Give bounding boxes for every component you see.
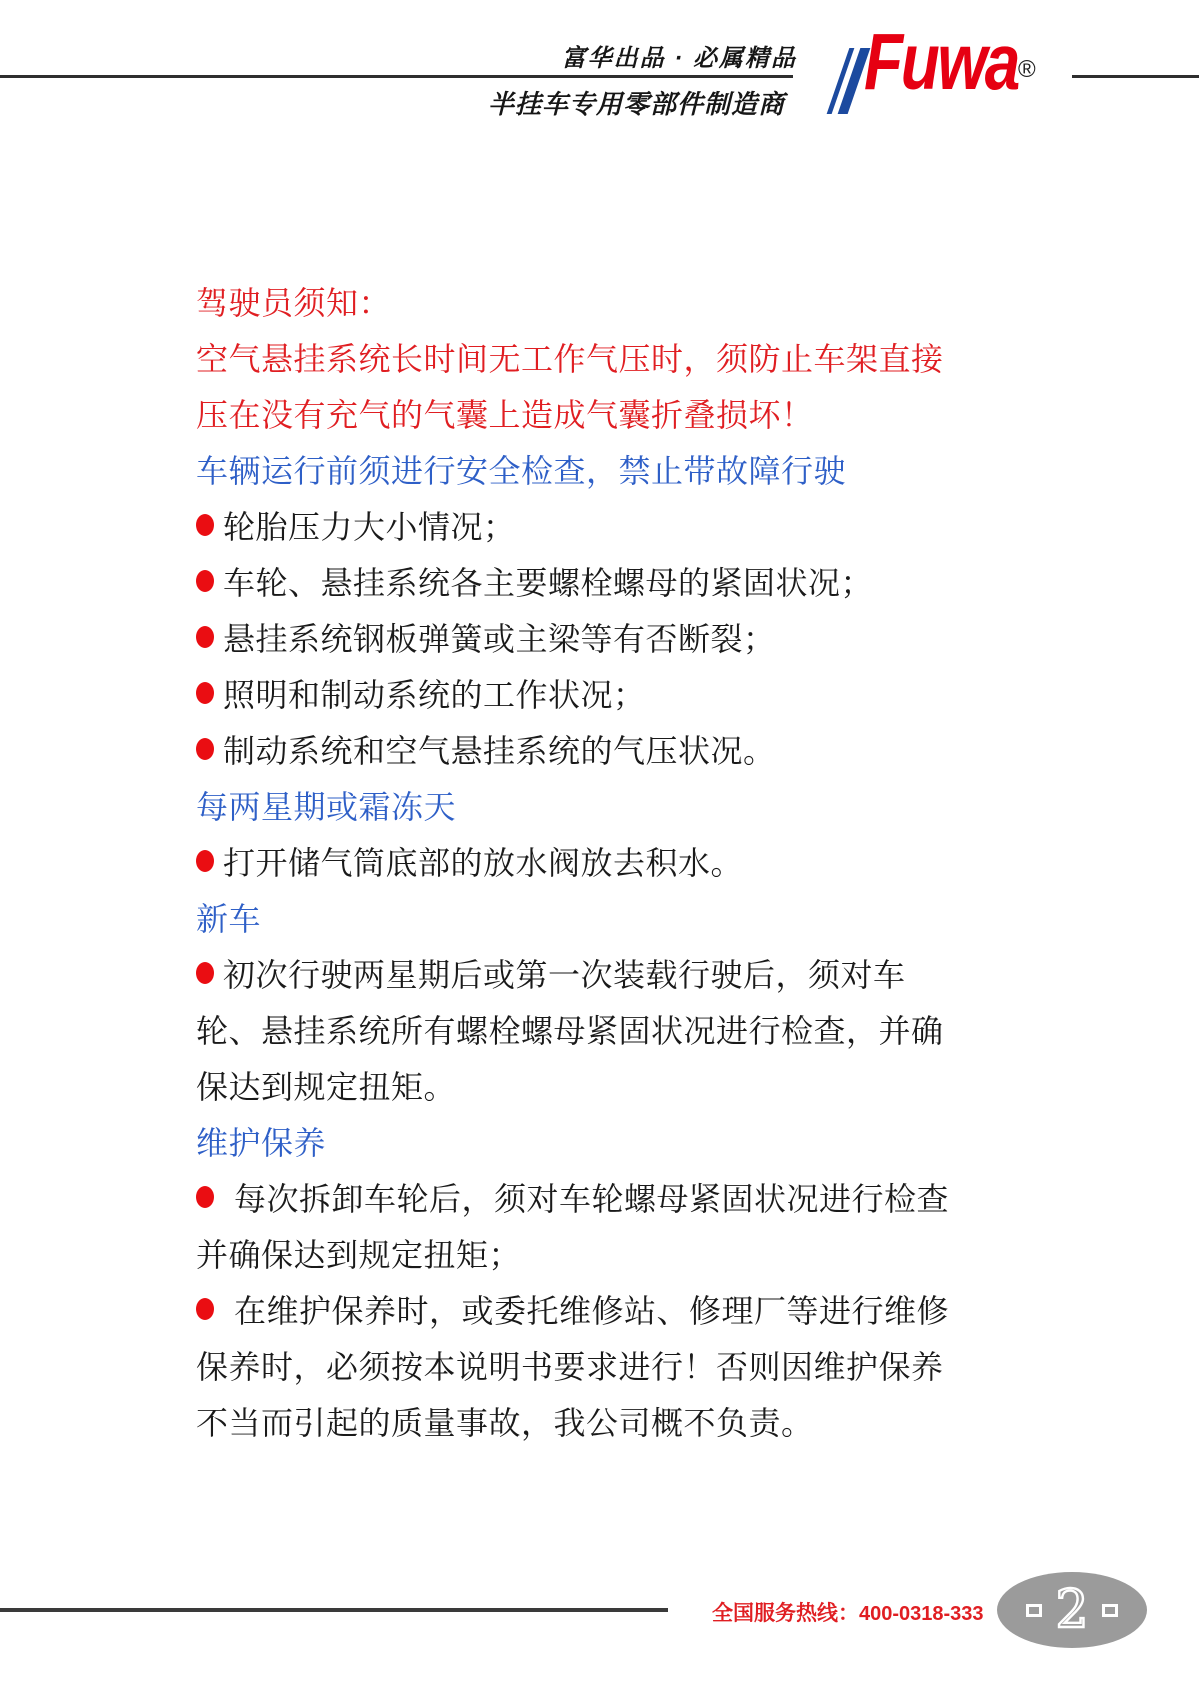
text-line: 压在没有充气的气囊上造成气囊折叠损坏！: [196, 385, 956, 441]
bullet-icon: [196, 514, 214, 536]
hotline-label: 全国服务热线：: [712, 1602, 859, 1625]
bullet-icon: [196, 682, 214, 704]
bullet-icon: [196, 1298, 214, 1320]
bullet-icon: [196, 850, 214, 872]
page-number-badge: 2: [997, 1572, 1147, 1648]
text-line: 保达到规定扭矩。: [196, 1057, 956, 1113]
logo-wordmark: Fuwa: [864, 22, 1018, 102]
registered-mark-icon: ®: [1018, 56, 1036, 84]
bullet-line: 轮胎压力大小情况；: [196, 497, 956, 553]
document-body: 驾驶员须知： 空气悬挂系统长时间无工作气压时，须防止车架直接 压在没有充气的气囊…: [196, 273, 956, 1449]
bullet-line: 制动系统和空气悬挂系统的气压状况。: [196, 721, 956, 777]
header-rule-left: [0, 75, 793, 78]
service-hotline: 全国服务热线：400-0318-333: [712, 1597, 984, 1627]
badge-square-icon: [1026, 1604, 1042, 1617]
bullet-line: 照明和制动系统的工作状况；: [196, 665, 956, 721]
bullet-icon: [196, 738, 214, 760]
bullet-icon: [196, 962, 214, 984]
bullet-line: 车轮、悬挂系统各主要螺栓螺母的紧固状况；: [196, 553, 956, 609]
bullet-line: 打开储气筒底部的放水阀放去积水。: [196, 833, 956, 889]
text-line: 并确保达到规定扭矩；: [196, 1225, 956, 1281]
badge-square-icon: [1102, 1604, 1118, 1617]
hotline-number: 400-0318-333: [859, 1603, 984, 1625]
bullet-line: 悬挂系统钢板弹簧或主梁等有否断裂；: [196, 609, 956, 665]
section-heading: 维护保养: [196, 1113, 956, 1169]
fuwa-logo: Fuwa ®: [822, 40, 1062, 120]
bullet-icon: [196, 626, 214, 648]
text-line: 保养时，必须按本说明书要求进行！否则因维护保养: [196, 1337, 956, 1393]
section-heading: 每两星期或霜冻天: [196, 777, 956, 833]
bullet-line: 每次拆卸车轮后，须对车轮螺母紧固状况进行检查: [196, 1169, 956, 1225]
text-line: 空气悬挂系统长时间无工作气压时，须防止车架直接: [196, 329, 956, 385]
text-line: 不当而引起的质量事故，我公司概不负责。: [196, 1393, 956, 1449]
bullet-line: 初次行驶两星期后或第一次装载行驶后，须对车: [196, 945, 956, 1001]
bullet-icon: [196, 1186, 214, 1208]
svg-text:2: 2: [1055, 1581, 1088, 1639]
section-heading: 新车: [196, 889, 956, 945]
section-heading: 车辆运行前须进行安全检查，禁止带故障行驶: [196, 441, 956, 497]
bullet-icon: [196, 570, 214, 592]
text-line: 驾驶员须知：: [196, 273, 956, 329]
bullet-line: 在维护保养时，或委托维修站、修理厂等进行维修: [196, 1281, 956, 1337]
text-line: 轮、悬挂系统所有螺栓螺母紧固状况进行检查，并确: [196, 1001, 956, 1057]
manual-page: 富华出品 · 必属精品 半挂车专用零部件制造商 Fuwa ® 驾驶员须知： 空气…: [0, 0, 1199, 1685]
footer-rule: [0, 1608, 668, 1612]
header-tagline-bottom: 半挂车专用零部件制造商: [0, 84, 785, 121]
header-rule-right: [1072, 75, 1199, 78]
page-number: 2: [1055, 1581, 1089, 1639]
header-tagline-top: 富华出品 · 必属精品: [0, 38, 797, 73]
